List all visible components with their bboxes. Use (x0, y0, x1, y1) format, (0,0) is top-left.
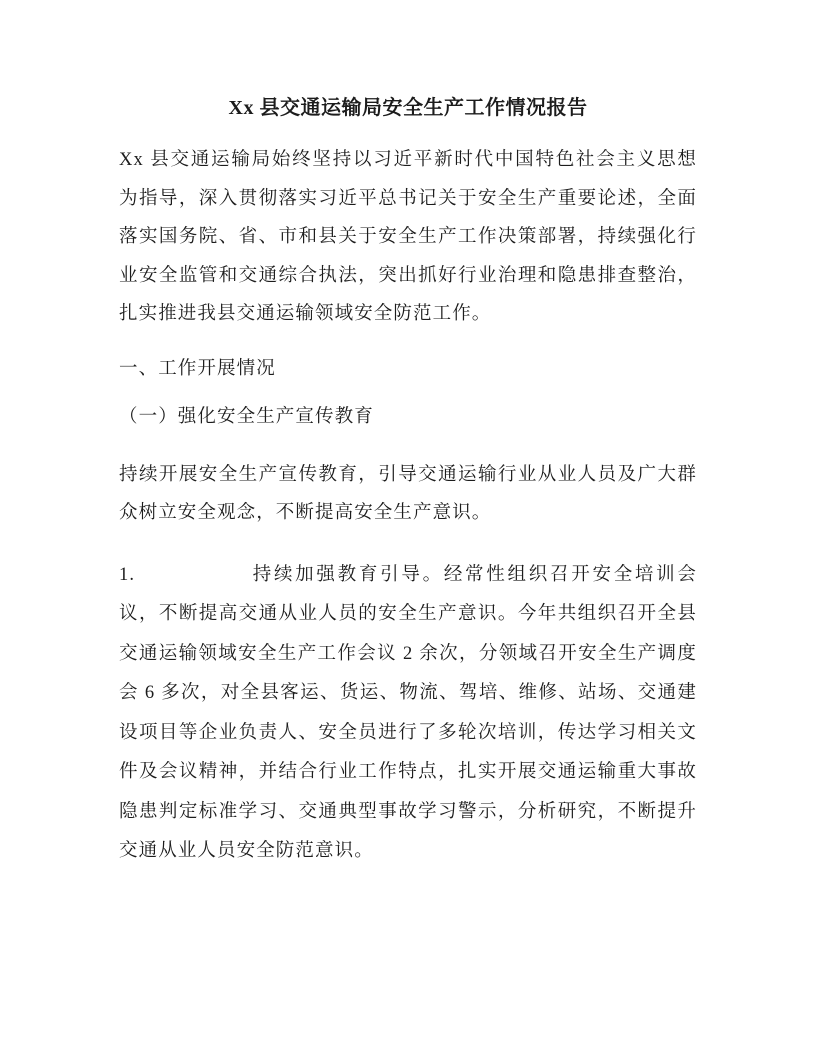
lead-paragraph: 持续开展安全生产宣传教育，引导交通运输行业从业人员及广大群众树立安全观念，不断提… (119, 456, 697, 533)
list-item-text: 持续加强教育引导。经常性组织召开安全培训会议，不断提高交通从业人员的安全生产意识… (119, 565, 697, 862)
intro-paragraph: Xx 县交通运输局始终坚持以习近平新时代中国特色社会主义思想为指导，深入贯彻落实… (119, 141, 697, 334)
section-heading: 一、工作开展情况 (119, 350, 697, 389)
document-title: Xx 县交通运输局安全生产工作情况报告 (119, 94, 697, 122)
document-page: Xx 县交通运输局安全生产工作情况报告 Xx 县交通运输局始终坚持以习近平新时代… (0, 0, 816, 1056)
document-content: Xx 县交通运输局安全生产工作情况报告 Xx 县交通运输局始终坚持以习近平新时代… (0, 94, 816, 872)
subsection-heading: （一）强化安全生产宣传教育 (119, 398, 697, 437)
tab-spacer (135, 579, 251, 580)
list-item-number: 1. (119, 565, 135, 585)
numbered-paragraph: 1.持续加强教育引导。经常性组织召开安全培训会议，不断提高交通从业人员的安全生产… (119, 556, 697, 872)
